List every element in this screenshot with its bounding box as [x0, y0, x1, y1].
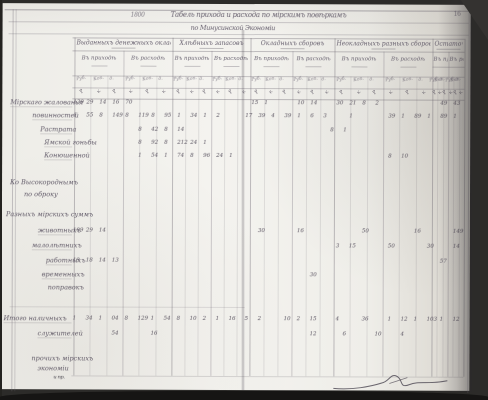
sub-header: Въ приходѣ	[251, 56, 291, 62]
cell-value: 6	[343, 331, 347, 337]
column-tick: Р	[371, 89, 378, 95]
cell-value: 96	[203, 153, 210, 159]
cell-value: 8	[125, 113, 129, 119]
cell-value: 3	[336, 243, 340, 249]
sub-underline	[140, 66, 156, 67]
cell-value: 24	[216, 153, 223, 159]
row-label: поправокъ	[48, 283, 84, 291]
title-line1: Табель прихода и расхода по мірскимъ пов…	[171, 11, 347, 20]
micro-header: Коп.	[265, 76, 276, 83]
row-label: Ко Высокороднымъ	[10, 178, 78, 186]
group-underline	[200, 48, 224, 49]
column-tick: к	[188, 89, 195, 95]
cell-value: 1	[203, 113, 207, 119]
column-line	[197, 76, 199, 376]
cell-value: 4	[336, 316, 340, 322]
cell-value: 17	[245, 113, 252, 119]
column-tick: к	[324, 89, 331, 95]
cell-value: 129	[138, 316, 149, 322]
cell-value: 8	[362, 100, 366, 106]
cell-value: 8	[190, 153, 194, 159]
group-underline	[372, 48, 396, 49]
group-header: Хлѣбныхъ запасовъ	[175, 40, 249, 47]
cell-value: 50	[388, 244, 395, 250]
micro-header: Коп.	[225, 76, 236, 83]
column-line	[263, 76, 265, 376]
cell-value: 8	[177, 316, 181, 322]
column-tick: Р	[79, 88, 86, 94]
cell-value: 39	[258, 113, 265, 119]
column-tick: Р	[310, 89, 317, 95]
sub-header: Въ приходѣ	[335, 56, 382, 62]
cell-value: 6	[310, 113, 314, 119]
column-tick: Р	[404, 89, 411, 95]
micro-header: Коп.	[186, 76, 197, 83]
cell-value: 34	[86, 315, 93, 321]
cell-value: 54	[164, 316, 171, 322]
title-line2: по Минусинской Экономіи	[191, 24, 276, 32]
group-header: Неокладныхъ разныхъ сборовъ	[337, 40, 431, 47]
sub-underline	[305, 66, 321, 67]
column-line	[14, 9, 16, 391]
sub-underline	[91, 65, 107, 66]
cell-value: 54	[112, 331, 119, 337]
column-tick: Р	[282, 89, 289, 95]
row-label: Разныхъ мірскихъ суммъ	[6, 210, 93, 218]
cell-value: 42	[151, 127, 158, 133]
row-label: Ямской гоньбы	[44, 138, 72, 147]
cell-value: 103	[427, 317, 438, 323]
cell-value: 10	[297, 100, 304, 106]
column-tick: Р	[339, 89, 346, 95]
cell-value: 1	[229, 153, 233, 159]
sub-header: Въ приходѣ	[75, 55, 122, 61]
cell-value: 74	[177, 153, 184, 159]
micro-header: д.	[109, 76, 114, 82]
sub-header: Въ расходѣ	[384, 57, 431, 63]
micro-header: д.	[369, 77, 374, 83]
cell-value: 70	[125, 100, 132, 106]
column-line	[11, 9, 13, 391]
micro-header: Коп.	[307, 76, 318, 83]
cell-value: 89	[414, 114, 421, 120]
cell-value: 15	[310, 316, 317, 322]
row-label: Конюшенной	[44, 151, 72, 160]
cell-value: 95	[164, 113, 171, 119]
cell-value: 92	[151, 140, 158, 146]
column-tick: Р	[254, 89, 261, 95]
cell-value: 16	[414, 229, 421, 235]
cell-value: 2	[216, 113, 220, 119]
cell-value: 1	[177, 113, 181, 119]
column-tick: к	[296, 89, 303, 95]
cell-value: 1	[73, 112, 77, 118]
cell-value: 1	[427, 114, 431, 120]
cell-value: 149	[112, 113, 123, 119]
cell-value: 10	[190, 316, 197, 322]
scan-shadow-right	[438, 0, 472, 392]
micro-header: д.	[279, 77, 284, 83]
cell-value: 1	[99, 316, 103, 322]
column-tick: к	[214, 89, 221, 95]
micro-header: Руб.	[293, 76, 304, 83]
micro-header: Руб.	[173, 76, 184, 83]
row-label: повинностей	[32, 111, 72, 120]
cell-value: 29	[86, 227, 93, 233]
cell-value: 24	[190, 140, 197, 146]
cell-value: 54	[151, 153, 158, 159]
cell-value: 2	[258, 316, 262, 322]
cell-value: 34	[190, 113, 197, 119]
column-line	[333, 38, 335, 376]
cell-value: 13	[112, 258, 119, 264]
micro-header: Руб.	[336, 77, 347, 84]
sub-underline	[351, 66, 367, 67]
group-header: Окладныхъ сборовъ	[253, 40, 333, 47]
group-underline	[112, 48, 136, 49]
cell-value: 36	[362, 316, 369, 322]
cell-value: 50	[362, 228, 369, 234]
cell-value: 2	[375, 100, 379, 106]
column-line	[382, 52, 384, 377]
micro-header: Коп.	[93, 76, 104, 83]
column-line	[73, 37, 75, 375]
cell-value: 1	[151, 316, 155, 322]
cell-value: 04	[112, 316, 119, 322]
scan-bottom-edge	[0, 391, 488, 400]
cell-value: 212	[177, 140, 188, 146]
row-label: прочихъ мірскихъ	[31, 354, 93, 362]
column-line	[184, 76, 186, 376]
column-tick: Р	[201, 89, 208, 95]
cell-value: 1	[216, 316, 220, 322]
cell-value: 12	[401, 317, 408, 323]
row-label-line2: по оброку	[24, 190, 58, 198]
cell-value: 10	[284, 316, 291, 322]
cell-value: 8	[330, 127, 334, 133]
cell-value: 4	[401, 332, 405, 338]
row-label: работныхъ	[46, 256, 72, 265]
cell-value: 8	[99, 113, 103, 119]
cell-value: 10	[375, 331, 382, 337]
cell-value: 1	[264, 100, 268, 106]
column-line	[122, 51, 124, 376]
column-line	[138, 76, 140, 376]
cell-value: 1	[164, 153, 168, 159]
cell-value: 119	[138, 113, 149, 119]
scanned-ledger-page: 1800 Табель прихода и расхода по мірским…	[0, 0, 488, 400]
cell-value: 19	[73, 257, 80, 263]
ledger-table: Руб.РКоп.кд.РРуб.кКоп.Рд.кРуб.РКоп.кд.РР…	[3, 3, 471, 5]
micro-header: Руб.	[76, 76, 87, 83]
cell-value: 8	[164, 127, 168, 133]
column-line	[89, 75, 91, 375]
column-line	[249, 38, 251, 376]
cell-value: 30	[336, 100, 343, 106]
column-tick: к	[268, 89, 275, 95]
sub-underline	[400, 67, 416, 68]
micro-header: д.	[418, 77, 423, 83]
cell-value: 30	[427, 244, 434, 250]
sub-underline	[184, 66, 200, 67]
cell-value: 14	[99, 100, 106, 106]
column-line	[106, 76, 108, 376]
cell-value: 16	[151, 331, 158, 337]
column-tick: Р	[227, 89, 234, 95]
micro-header: Руб.	[385, 77, 396, 84]
cell-value: 139	[73, 99, 84, 105]
cell-value: 16	[297, 228, 304, 234]
column-tick: Р	[175, 89, 182, 95]
column-line	[171, 38, 173, 376]
cell-value: 1	[414, 317, 418, 323]
page-fold-shadow	[241, 30, 245, 390]
cell-value: 39	[284, 113, 291, 119]
row-label: временныхъ	[42, 270, 72, 279]
sub-header: Въ расходѣ	[124, 56, 171, 62]
column-line	[415, 77, 417, 377]
scan-edge-left	[0, 0, 2, 400]
cell-value: 1	[297, 113, 301, 119]
micro-header: Коп.	[142, 76, 153, 83]
rule-line	[9, 33, 469, 36]
column-tick: к	[160, 89, 167, 95]
micro-header: Коп.	[353, 77, 364, 84]
cell-value: 30	[310, 272, 317, 278]
column-line	[277, 76, 279, 376]
cell-value: 15	[349, 243, 356, 249]
row-label: животныхъ	[38, 226, 72, 235]
cell-value: 1	[73, 315, 77, 321]
column-line	[223, 76, 225, 376]
column-line	[349, 76, 351, 376]
cell-value: 21	[349, 100, 356, 106]
micro-header: д.	[199, 77, 204, 83]
row-label: служителей	[38, 329, 72, 338]
cell-value: 1	[138, 153, 142, 159]
cell-value: 2	[203, 316, 207, 322]
group-header: Выданныхъ денежныхъ окладовъ	[77, 39, 171, 46]
cell-value: 8	[164, 140, 168, 146]
sub-underline	[223, 66, 239, 67]
sub-underline	[263, 66, 279, 67]
cell-value: 8	[138, 127, 142, 133]
cell-value: 39	[388, 114, 395, 120]
column-line	[366, 76, 368, 376]
row-label: Растрата	[40, 125, 72, 134]
column-line	[291, 51, 293, 376]
cell-value: 1	[343, 127, 347, 133]
rule-line	[10, 306, 245, 308]
row-label: Мірскаго жалованья	[10, 98, 72, 107]
column-tick: к	[95, 89, 102, 95]
cell-value: 55	[86, 112, 93, 118]
column-line	[305, 76, 307, 376]
sub-header: Въ приходѣ	[173, 56, 210, 62]
column-tick: Р	[144, 89, 151, 95]
micro-header: Руб.	[125, 76, 136, 83]
cell-value: 2	[297, 316, 301, 322]
cell-value: 29	[86, 99, 93, 105]
title-year: 1800	[131, 12, 145, 19]
row-label: Итого наличныхъ	[4, 314, 72, 323]
bottom-left-note: и пр.	[53, 374, 64, 380]
group-underline	[281, 48, 305, 49]
cell-value: 30	[258, 228, 265, 234]
micro-header: Коп.	[402, 77, 413, 84]
cell-value: 18	[86, 257, 93, 263]
cell-value: 1	[388, 317, 392, 323]
column-line	[319, 76, 321, 376]
column-line	[236, 76, 238, 376]
cell-value: 1	[349, 113, 353, 119]
micro-header: Руб.	[212, 76, 223, 83]
column-tick: Р	[111, 88, 118, 94]
column-tick: к	[355, 89, 362, 95]
sub-header: Въ расходѣ	[293, 56, 333, 62]
cell-value: 15	[251, 100, 258, 106]
micro-header: д.	[158, 76, 163, 82]
cell-value: 8	[388, 154, 392, 160]
cell-value: 3	[323, 113, 327, 119]
cell-value: 14	[310, 100, 317, 106]
cell-value: 14	[177, 127, 184, 133]
cell-value: 1	[203, 140, 207, 146]
column-tick: к	[128, 89, 135, 95]
cell-value: 5	[245, 316, 249, 322]
paper-sheet: 1800 Табель прихода и расхода по мірским…	[1, 3, 470, 391]
cell-value: 1	[401, 114, 405, 120]
micro-header: Руб.	[251, 76, 262, 83]
cell-value: 4	[271, 113, 275, 119]
micro-header: д.	[321, 77, 326, 83]
cell-value: 10	[401, 154, 408, 160]
column-tick: к	[388, 90, 395, 96]
cell-value: 16	[229, 316, 236, 322]
cell-value: 8	[138, 140, 142, 146]
cell-value: 12	[310, 331, 317, 337]
column-line	[210, 51, 212, 376]
row-label: экономіи	[37, 364, 68, 372]
cell-value: 8	[151, 113, 155, 119]
rule-line	[73, 50, 465, 52]
cell-value: 16	[112, 100, 119, 106]
cell-value: 8	[125, 316, 129, 322]
row-label: малолѣтнихъ	[32, 241, 72, 250]
cell-value: 14	[99, 228, 106, 234]
column-tick: к	[420, 90, 427, 96]
cell-value: 14	[99, 258, 106, 264]
cell-value: 109	[73, 227, 84, 233]
